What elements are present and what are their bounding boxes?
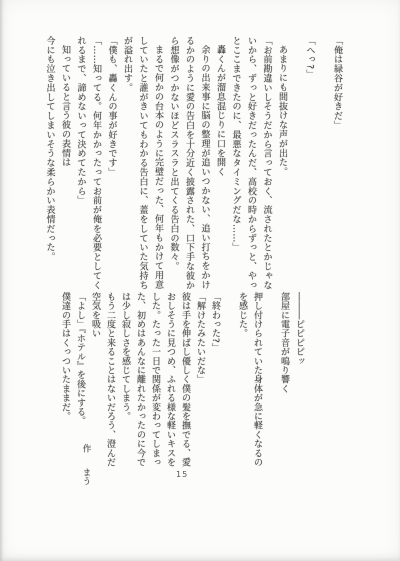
text-line: 「お前勘違いしそうだから言っておく、流されたとかじゃないから、ずっと好きだったん… — [227, 36, 274, 296]
author-credit: 作 まう — [80, 444, 91, 494]
author-credit-label: 作 — [81, 444, 91, 453]
text-line: 「解けたみたいだな」 — [192, 292, 207, 468]
text-line: 「終わった?」 — [207, 292, 222, 468]
book-page: 「俺は緑谷が好きだ」 「へっ?」 あまりにも間抜けな声が出た。 「お前勘違いしそ… — [0, 0, 400, 561]
upper-text-block: 「俺は緑谷が好きだ」 「へっ?」 あまりにも間抜けな声が出た。 「お前勘違いしそ… — [41, 36, 344, 296]
text-line: 「俺は緑谷が好きだ」 — [329, 36, 345, 296]
text-line: 「……知ってる。何年かかったってお前が俺を必要としてくれるまで、諦めないって決め… — [72, 36, 103, 296]
text-line: 轟くんが溜息混じりに口を開く — [212, 36, 228, 296]
text-line: 今にも泣き出してしまいそうな柔らかい表情だった。 — [41, 36, 57, 296]
text-line: まるで何かの台本のように完璧だった、何年もかけて用意していたと誰がきいてもわかる… — [119, 36, 166, 296]
text-line: 「よし」『ホテル』を後にする。 — [72, 292, 87, 468]
text-line: 知っていると言う彼の表情は — [57, 36, 73, 296]
text-line: もう二度と来ることはないだろう、澄んだ空気を吸い — [87, 292, 117, 468]
text-line: 「僕も、轟くんの事が好きです」 — [103, 36, 119, 296]
text-line: 彼は手を伸ばし優しく僕の髪を撫でる、愛おしそうに見つめ、ふれる様な軽いキスをした… — [117, 292, 192, 468]
text-line: 「へっ?」 — [301, 36, 317, 296]
text-line: あまりにも間抜けな声が出た。 — [274, 36, 290, 296]
text-line: 押し付けられていた身体が急に軽くなるのを感じた。 — [234, 292, 264, 468]
text-line: 僕達の手はくっついたままだ。 — [57, 292, 72, 468]
text-line: ―――ピピピピッ — [291, 292, 306, 468]
author-credit-name: まう — [81, 455, 91, 485]
text-line: 余りの出来事に脳の整理が追いつかない、追い打ちをかけるかのように愛の告白を十分近… — [165, 36, 212, 296]
lower-text-block: ―――ピピピピッ 部屋に電子音が鳴り響く 押し付けられていた身体が急に軽くなるの… — [57, 292, 306, 468]
page-number: 15 — [176, 470, 188, 479]
text-line: 部屋に電子音が鳴り響く — [276, 292, 291, 468]
